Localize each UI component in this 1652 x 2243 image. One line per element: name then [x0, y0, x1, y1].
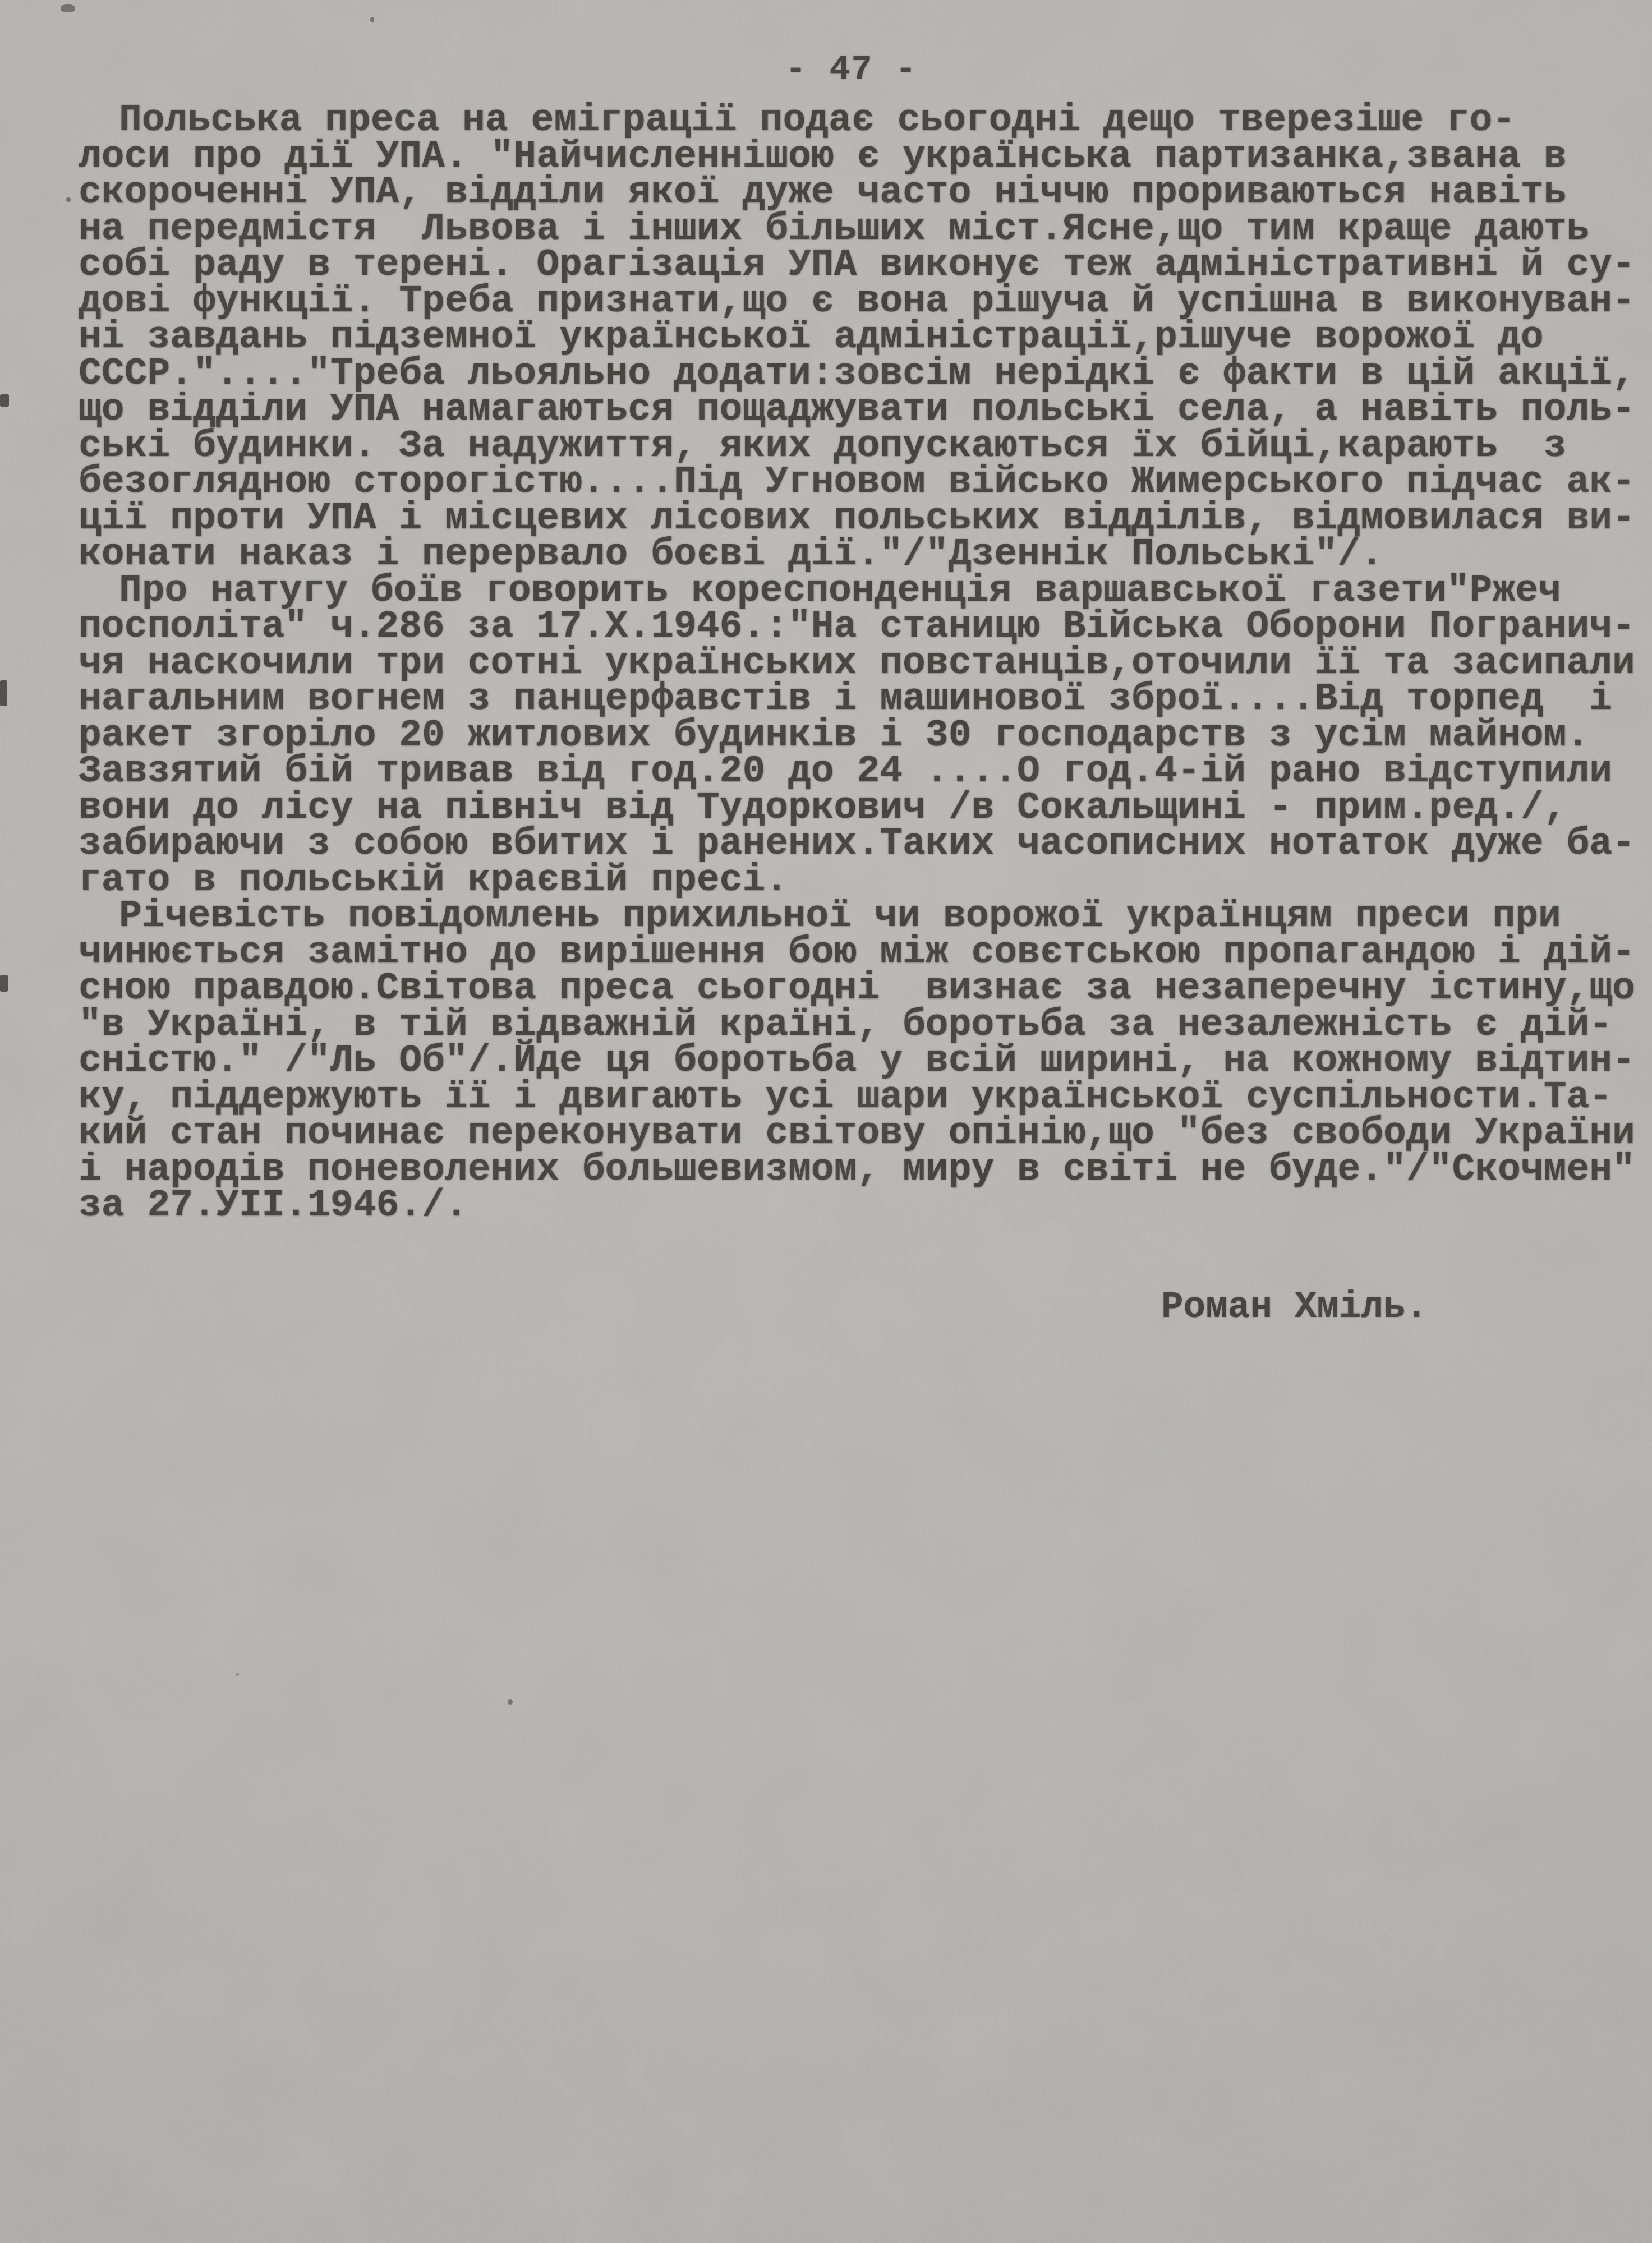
text-line: конати наказ і перервало боєві дії."/"Дз…	[79, 537, 1635, 573]
signature: Роман Хміль.	[1161, 1286, 1428, 1328]
text-line: кий стан починає переконувати світову оп…	[79, 1116, 1635, 1152]
text-line: Річевість повідомлень прихильної чи воро…	[79, 899, 1635, 935]
text-line: чинюється замітно до вирішення бою між с…	[79, 935, 1635, 971]
text-line: дові функції. Треба признати,що є вона р…	[79, 284, 1635, 320]
document-paragraph: Про натугу боїв говорить кореспонденція …	[79, 573, 1635, 899]
scanned-page: - 47 - Польська преса на еміграції подає…	[0, 0, 1652, 2243]
text-line: що відділи УПА намагаються пощаджувати п…	[79, 392, 1635, 429]
scan-speck	[66, 197, 71, 202]
scan-edge-mark	[0, 680, 7, 706]
text-line: нагальним вогнем з панцерфавстів і машин…	[79, 681, 1635, 718]
text-line: посполіта" ч.286 за 17.Х.1946.:"На стани…	[79, 609, 1635, 646]
document-paragraph: Річевість повідомлень прихильної чи воро…	[79, 899, 1635, 1224]
text-line: сністю." /"Ль Об"/.Йде ця боротьба у всі…	[79, 1043, 1635, 1080]
scan-speck	[236, 1673, 239, 1676]
text-line: гато в польській краєвій пресі.	[79, 863, 1635, 899]
text-line: скороченні УПА, відділи якої дуже часто …	[79, 175, 1635, 211]
text-line: на передмістя Львова і інших більших міс…	[79, 211, 1635, 248]
text-line: і народів поневолених большевизмом, миру…	[79, 1152, 1635, 1189]
document-paragraph: Польська преса на еміграції подає сьогод…	[79, 103, 1635, 573]
text-line: Польська преса на еміграції подає сьогод…	[79, 103, 1635, 139]
text-line: чя наскочили три сотні українських повст…	[79, 646, 1635, 682]
text-line: лоси про дії УПА. "Найчисленнішою є укра…	[79, 139, 1635, 176]
text-line: ції проти УПА і місцевих лісових польськ…	[79, 501, 1635, 537]
document-body: Польська преса на еміграції подає сьогод…	[79, 103, 1635, 1224]
text-line: за 27.УІІ.1946./.	[79, 1188, 1635, 1224]
text-line: ські будинки. За надужиття, яких допуска…	[79, 429, 1635, 465]
scan-speck	[370, 17, 374, 22]
text-line: ракет згоріло 20 житлових будинків і 30 …	[79, 718, 1635, 754]
text-line: Про натугу боїв говорить кореспонденція …	[79, 573, 1635, 610]
text-line: вони до лісу на північ від Тудоркович /в…	[79, 790, 1635, 827]
text-line: Завзятий бій тривав від год.20 до 24 ...…	[79, 754, 1635, 790]
scan-edge-mark	[0, 975, 8, 992]
text-line: ку, піддержують її і двигають усі шари у…	[79, 1080, 1635, 1116]
text-line: безоглядною сторогістю....Під Угновом ві…	[79, 464, 1635, 501]
scan-edge-mark	[0, 394, 9, 407]
text-line: СССР."...."Треба льояльно додати:зовсім …	[79, 356, 1635, 393]
text-line: забираючи з собою вбитих і ранених.Таких…	[79, 826, 1635, 863]
text-line: ні завдань підземної української адмініс…	[79, 320, 1635, 356]
text-line: "в Україні, в тій відважній країні, боро…	[79, 1007, 1635, 1044]
scan-speck	[61, 4, 75, 12]
text-line: собі раду в терені. Орагізація УПА викон…	[79, 247, 1635, 284]
page-number: - 47 -	[785, 49, 917, 89]
text-line: сною правдою.Світова преса сьогодні визн…	[79, 971, 1635, 1007]
scan-speck	[508, 1699, 513, 1705]
